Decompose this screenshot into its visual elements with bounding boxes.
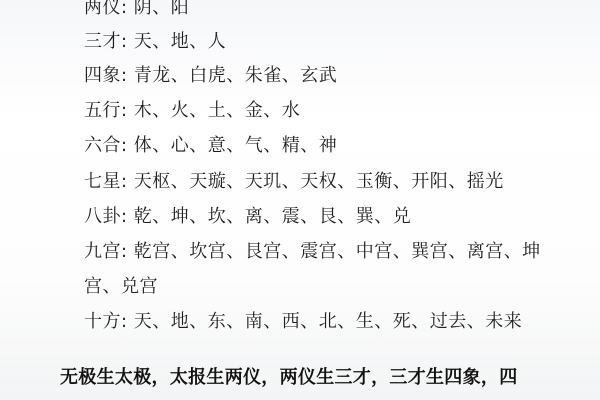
line-label: 四象 (84, 65, 121, 86)
line-content: 宫、兑宫 (84, 276, 158, 297)
line-label: 五行 (84, 100, 121, 121)
line-content: 木、火、土、金、水 (134, 100, 301, 121)
line-colon: : (121, 171, 134, 192)
line-label: 三才 (84, 31, 121, 52)
line-content: 天枢、天璇、天玑、天权、玉衡、开阳、摇光 (134, 171, 504, 192)
line-colon: : (121, 0, 134, 18)
line-shifang: 十方: 天、地、东、南、西、北、生、死、过去、未来 (84, 310, 522, 334)
line-colon: : (121, 100, 134, 121)
line-content: 天、地、人 (134, 31, 227, 52)
line-content: 乾、坤、坎、离、震、艮、巽、兑 (134, 206, 412, 227)
line-content: 天、地、东、南、西、北、生、死、过去、未来 (134, 311, 523, 332)
line-sancai: 三才: 天、地、人 (84, 30, 226, 54)
line-jiugong: 九宫: 乾宫、坎宫、艮宫、震宫、中宫、巽宫、离宫、坤 (84, 240, 541, 264)
line-label: 七星 (84, 171, 121, 192)
line-label: 两仪 (84, 0, 121, 18)
line-content: 乾宫、坎宫、艮宫、震宫、中宫、巽宫、离宫、坤 (134, 241, 541, 262)
line-colon: : (121, 65, 134, 86)
document-page: 两仪: 阴、阳 三才: 天、地、人 四象: 青龙、白虎、朱雀、玄武 五行: 木、… (0, 0, 600, 400)
line-label: 九宫 (84, 241, 121, 262)
line-colon: : (121, 206, 134, 227)
line-jiugong-continued: 宫、兑宫 (84, 275, 158, 299)
line-label: 十方 (84, 311, 121, 332)
line-content: 青龙、白虎、朱雀、玄武 (134, 65, 338, 86)
line-bagua: 八卦: 乾、坤、坎、离、震、艮、巽、兑 (84, 205, 411, 229)
line-wuxing: 五行: 木、火、土、金、水 (84, 99, 300, 123)
line-label: 六合 (84, 135, 121, 156)
line-label: 八卦 (84, 206, 121, 227)
summary-paragraph: 无极生太极，太报生两仪，两仪生三才，三才生四象，四 (60, 366, 518, 390)
line-content: 阴、阳 (134, 0, 190, 18)
line-liuhe: 六合: 体、心、意、气、精、神 (84, 134, 337, 158)
line-liangyi: 两仪: 阴、阳 (84, 0, 189, 20)
line-colon: : (121, 311, 134, 332)
line-colon: : (121, 241, 134, 262)
line-content: 体、心、意、气、精、神 (134, 135, 338, 156)
line-colon: : (121, 135, 134, 156)
line-sixiang: 四象: 青龙、白虎、朱雀、玄武 (84, 64, 337, 88)
line-qixing: 七星: 天枢、天璇、天玑、天权、玉衡、开阳、摇光 (84, 170, 504, 194)
line-colon: : (121, 31, 134, 52)
